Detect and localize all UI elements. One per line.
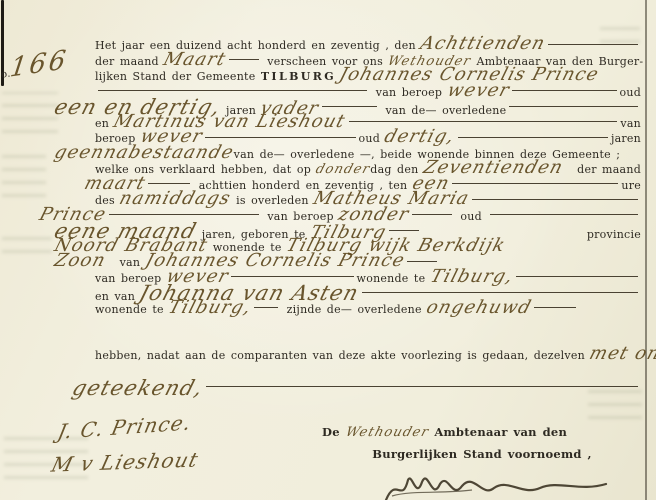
handwritten-entry: geteekend, (70, 376, 207, 400)
blank-rule (362, 292, 638, 293)
blank-rule (206, 386, 638, 387)
blank-rule (458, 137, 608, 138)
handwritten-entry: Zoon (52, 250, 109, 271)
printed-text: ure (621, 179, 641, 192)
witness-signature-1-text: J. C. Prince. (56, 410, 195, 444)
form-line: Het jaar een duizend acht honderd en zev… (95, 33, 641, 49)
blank-rule (349, 121, 618, 122)
printed-text: van de— overledene (380, 104, 506, 117)
form-line: eene maand jaren, geboren te Tilburgprov… (95, 219, 641, 235)
blank-rule (205, 137, 355, 138)
bleed-through-spot (2, 92, 58, 138)
blank-rule (509, 106, 638, 107)
printed-text: van (620, 117, 641, 130)
printed-text: Het jaar een duizend acht honderd en zev… (95, 39, 421, 52)
officer-line-1: De Wethouder Ambtenaar van den (322, 425, 642, 440)
officer-line-2: Burgerlijken Stand voornoemd , (322, 443, 642, 462)
blank-rule (148, 183, 190, 184)
officer-de: De (322, 425, 346, 439)
act-number-value: 166 (8, 45, 70, 84)
handwritten-entry: dertig, (382, 126, 457, 147)
printed-text: van beroep (370, 86, 447, 99)
printed-text: wonende te (357, 272, 431, 285)
officer-line2-text: Burgerlijken Stand voornoemd , (372, 447, 592, 461)
bleed-through-spot (2, 232, 52, 258)
bleed-through-spot (2, 150, 46, 202)
blank-rule (452, 183, 618, 184)
printed-text: hebben, nadat aan de comparanten van dez… (95, 349, 590, 362)
handwritten-entry: geennabestaande (52, 142, 237, 163)
printed-text: van beroep (262, 210, 339, 223)
printed-text: provincie (587, 228, 641, 241)
printed-text: oud (359, 132, 386, 145)
blank-rule (322, 106, 377, 107)
blank-rule (512, 90, 616, 91)
handwritten-entry: Tilburg, (428, 266, 516, 287)
blank-rule (490, 214, 638, 215)
handwritten-entry: Maart (161, 49, 229, 70)
printed-text: is overleden (231, 194, 314, 207)
officer-attestation: De Wethouder Ambtenaar van den Burgerlij… (322, 425, 642, 500)
blank-rule (472, 199, 638, 200)
witness-signature-2-text: M v Lieshout (49, 447, 201, 476)
printed-text: jaren (611, 132, 641, 145)
form-line: geteekend, (95, 376, 641, 392)
handwritten-entry: namiddags (117, 188, 234, 209)
printed-text: der maand (95, 55, 164, 68)
form-line: hebben, nadat aan de comparanten van dez… (95, 343, 641, 359)
printed-text: lijken Stand der Gemeente (95, 70, 261, 83)
handwritten-entry: Achttienden (418, 33, 548, 54)
bleed-through-spot (588, 388, 642, 424)
officer-signature (382, 470, 612, 500)
form-line: wonende te Tilburg, zijnde de— overleden… (95, 297, 641, 313)
blank-rule (229, 59, 259, 60)
printed-text: oud (620, 86, 642, 99)
blank-rule (412, 214, 452, 215)
printed-text: en van (95, 290, 140, 303)
blank-rule (254, 307, 278, 308)
death-record-scan: o. 166 Het jaar een duizend acht honderd… (0, 0, 656, 500)
form-line: beroep weveroud dertig,jaren (95, 126, 641, 142)
printed-text: oud (455, 210, 487, 223)
blank-rule (548, 44, 638, 45)
witness-signature-2: M v Lieshout (52, 447, 199, 476)
officer-line1-rest: Ambtenaar van den (428, 425, 567, 439)
officer-title-handwritten: Wethouder (344, 425, 431, 440)
form-line: des namiddags is overleden Matheus Maria (95, 188, 641, 204)
blank-rule (109, 214, 259, 215)
form-line: Noord Brabant wonende te Tilburg wijk Be… (95, 235, 641, 251)
handwritten-entry: met ons (587, 343, 656, 364)
handwritten-entry: donder (314, 162, 372, 177)
blank-rule (407, 261, 437, 262)
form-line: Zoonvan Johannes Cornelis Prince (95, 250, 641, 266)
right-page-edge (645, 0, 647, 500)
blank-rule (98, 90, 367, 91)
form-line: een en dertig, jaren vader van de— overl… (95, 95, 641, 111)
handwritten-entry: Tilburg, (166, 297, 254, 318)
act-number: o. 166 (0, 45, 70, 84)
blank-rule (516, 276, 638, 277)
printed-text: TILBURG (261, 70, 336, 83)
witness-signature-1: J. C. Prince. (57, 410, 192, 443)
handwritten-entry: ongehuwd (424, 297, 534, 318)
blank-rule (389, 230, 419, 231)
handwritten-entry: wever (445, 80, 513, 101)
printed-text: der maand (577, 163, 641, 176)
form-line: en Martinus van Lieshoutvan (95, 111, 641, 127)
blank-rule (534, 307, 576, 308)
printed-text: van (120, 256, 146, 269)
form-body: Het jaar een duizend acht honderd en zev… (95, 33, 641, 391)
blank-rule (231, 276, 353, 277)
